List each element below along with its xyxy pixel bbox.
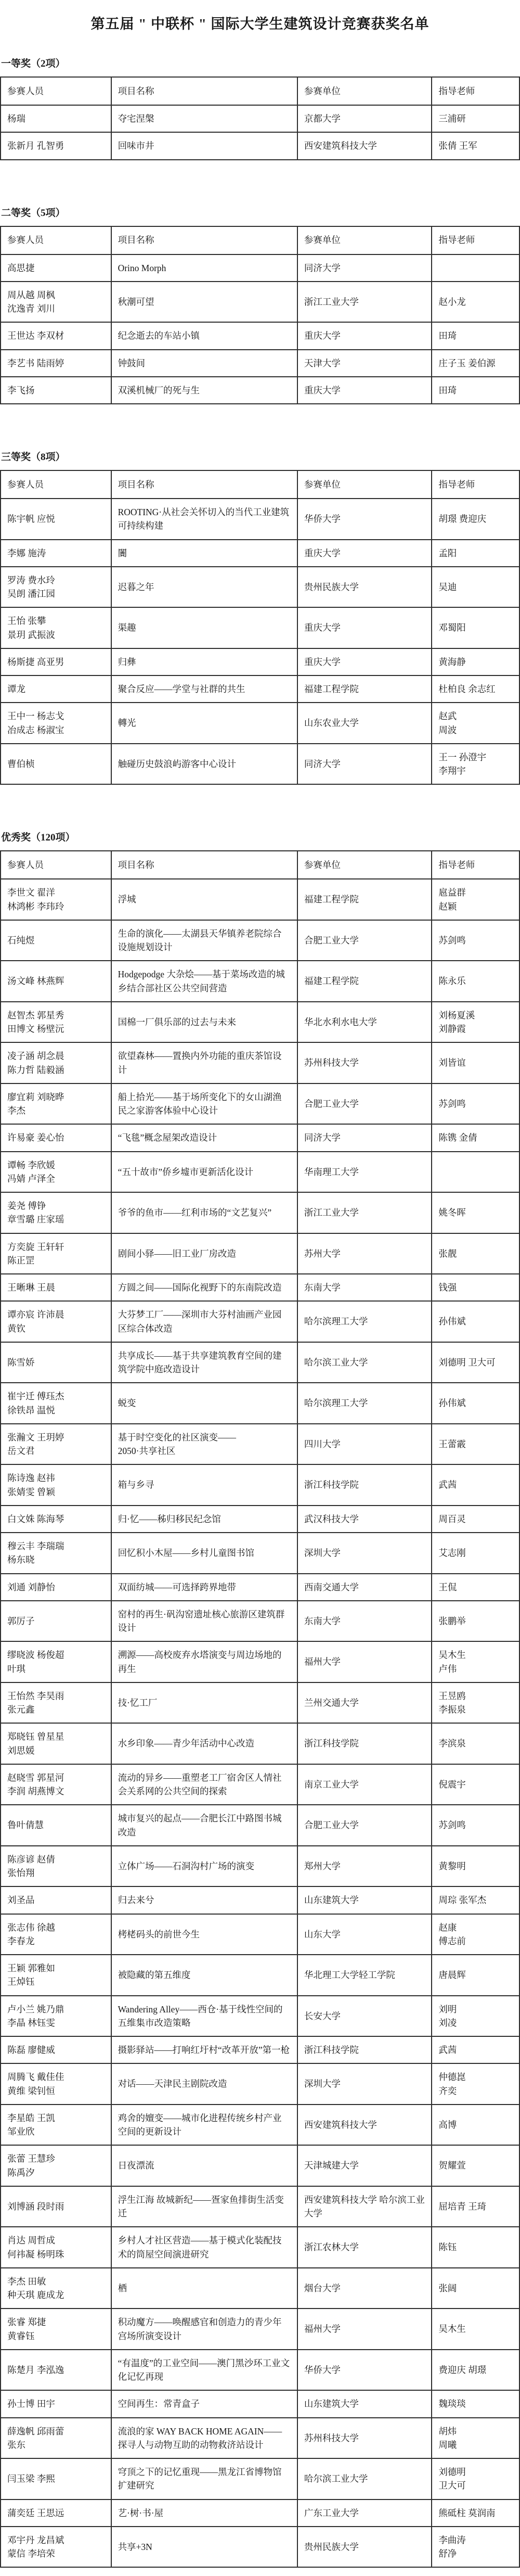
participants-cell: 陈磊 廖健威	[1, 2036, 111, 2063]
table-row: 罗涛 费水玲 吴朗 潘江园迟暮之年贵州民族大学吴迪	[1, 567, 519, 608]
advisor-cell: 熊砥柱 莫润南	[432, 2500, 519, 2527]
advisor-cell: 刘明 刘凌	[432, 1996, 519, 2037]
project-name-cell: 技·忆工厂	[111, 1682, 297, 1724]
institution-cell: 天津大学	[297, 350, 432, 377]
participants-cell: 王颖 郭雅如 王焯钰	[1, 1955, 111, 1996]
institution-cell: 重庆大学	[297, 322, 432, 349]
section-heading: 优秀奖（120项）	[1, 830, 520, 844]
advisor-cell: 武茜	[432, 2036, 519, 2063]
advisor-cell: 吴木生 卢伟	[432, 1641, 519, 1682]
advisor-cell: 屈培青 王琦	[432, 2186, 519, 2227]
institution-cell: 华北水利水电大学	[297, 1002, 432, 1043]
table-row: 孙士博 田宇空间再生：常青盒子山东建筑大学魏琰琰	[1, 2390, 519, 2417]
participants-cell: 谭畅 李欣媛 冯婧 卢泽全	[1, 1152, 111, 1193]
advisor-cell	[432, 254, 519, 282]
advisor-cell: 田琦	[432, 377, 519, 404]
institution-cell: 浙江工业大学	[297, 282, 432, 323]
table-row: 高思捷Orino Morph同济大学	[1, 254, 519, 282]
institution-cell: 福建工程学院	[297, 675, 432, 703]
project-name-cell: 艺·树·书·屋	[111, 2500, 297, 2527]
table-row: 周从越 周枫 沈逸青 刘川秋潮可望浙江工业大学赵小龙	[1, 282, 519, 323]
institution-cell: 哈尔滨工业大学	[297, 2458, 432, 2500]
table-row: 凌子涵 胡念晨 陈力哲 陆毅涵欲望森林——置换内外功能的重庆茶馆设计苏州科技大学…	[1, 1042, 519, 1083]
column-header: 参赛人员	[1, 226, 111, 254]
table-row: 缪晓波 杨俊超 叶琪溯源——高校废弃水塔演变与周边场地的再生福州大学吴木生 卢伟	[1, 1641, 519, 1682]
participants-cell: 李飞扬	[1, 377, 111, 404]
institution-cell: 福建工程学院	[297, 879, 432, 920]
participants-cell: 许易豪 姜心怡	[1, 1124, 111, 1151]
table-row: 刘通 刘静怡双面纺城——可选择跨界地带西南交通大学王侃	[1, 1574, 519, 1601]
participants-cell: 张瀚文 王玥婷 岳文君	[1, 1424, 111, 1465]
table-row: 卢小兰 姚乃鼎 李晶 林钰雯Wandering Alley——西仓·基于线性空间…	[1, 1996, 519, 2037]
table-row: 周腾飞 戴佳佳 黄维 梁钊恒对话——天津民主剧院改造深圳大学仲德崑 齐奕	[1, 2063, 519, 2105]
project-name-cell: 夺宅涅槃	[111, 105, 297, 132]
participants-cell: 陈宇帆 应悦	[1, 499, 111, 540]
project-name-cell: “飞毯”概念屋架改造设计	[111, 1124, 297, 1151]
column-header: 参赛单位	[297, 226, 432, 254]
column-header: 参赛人员	[1, 77, 111, 105]
project-name-cell: 流动的异乡——重塑老工厂宿舍区人情社会关系网的公共空间的探索	[111, 1764, 297, 1805]
project-name-cell: 流浪的家 WAY BACK HOME AGAIN——探寻人与动物互助的动物救济站…	[111, 2418, 297, 2459]
project-name-cell: 双溪机械厂的死与生	[111, 377, 297, 404]
advisor-cell: 陈永乐	[432, 961, 519, 1002]
participants-cell: 曹伯桢	[1, 744, 111, 785]
advisor-cell: 陈钰	[432, 2227, 519, 2268]
column-header: 参赛人员	[1, 470, 111, 499]
participants-cell: 李杰 田敏 种天琪 鹿成龙	[1, 2268, 111, 2309]
institution-cell: 贵州民族大学	[297, 567, 432, 608]
participants-cell: 缪晓波 杨俊超 叶琪	[1, 1641, 111, 1682]
participants-cell: 鲁叶倩慧	[1, 1805, 111, 1846]
project-name-cell: 欲望森林——置换内外功能的重庆茶馆设计	[111, 1042, 297, 1083]
institution-cell: 同济大学	[297, 1124, 432, 1151]
participants-cell: 赵智杰 郭星秀 田博文 杨壁沅	[1, 1002, 111, 1043]
project-name-cell: 基于时空变化的社区演变—— 2050·共享社区	[111, 1424, 297, 1465]
participants-cell: 陈诗逸 赵祎 张婧雯 曾颖	[1, 1464, 111, 1506]
project-name-cell: 钟鼓间	[111, 350, 297, 377]
advisor-cell: 苏剑鸣	[432, 1805, 519, 1846]
participants-cell: 薛逸帆 邱雨蕾 张东	[1, 2418, 111, 2459]
institution-cell: 浙江科技学院	[297, 1723, 432, 1764]
institution-cell: 哈尔滨工业大学	[297, 1342, 432, 1383]
participants-cell: 赵晓雪 郭星河 李润 胡燕博文	[1, 1764, 111, 1805]
advisor-cell: 唐晨辉	[432, 1955, 519, 1996]
participants-cell: 李艺书 陆雨婷	[1, 350, 111, 377]
participants-cell: 姜尧 傅铮 章雪璐 庄家瑶	[1, 1192, 111, 1233]
advisor-cell: 胡璟 费迎庆	[432, 499, 519, 540]
advisor-cell: 吴木生	[432, 2309, 519, 2350]
project-name-cell: 空间再生：常青盒子	[111, 2390, 297, 2417]
participants-cell: 刘通 刘静怡	[1, 1574, 111, 1601]
column-header: 项目名称	[111, 226, 297, 254]
project-name-cell: 船上拾光——基于场所变化下的女山湖渔民之家游客体验中心设计	[111, 1083, 297, 1125]
table-row: 陈诗逸 赵祎 张婧雯 曾颖箱与乡寻浙江科技学院武茜	[1, 1464, 519, 1506]
participants-cell: 李星皓 王凯 邹业欣	[1, 2105, 111, 2146]
table-row: 张瀚文 王玥婷 岳文君基于时空变化的社区演变—— 2050·共享社区四川大学王蕾…	[1, 1424, 519, 1465]
institution-cell: 兰州交通大学	[297, 1682, 432, 1724]
awards-table: 参赛人员项目名称参赛单位指导老师陈宇帆 应悦ROOTING·从社会关怀切入的当代…	[0, 470, 520, 785]
table-row: 陈雪娇共享成长——基于共享建筑教育空间的建筑学院中庭改造设计哈尔滨工业大学刘德明…	[1, 1342, 519, 1383]
project-name-cell: 栲栳码头的前世今生	[111, 1914, 297, 1955]
advisor-cell: 刘德明 卫大可	[432, 2458, 519, 2500]
institution-cell: 华侨大学	[297, 2350, 432, 2391]
column-header: 指导老师	[432, 470, 519, 499]
institution-cell: 南京工业大学	[297, 1764, 432, 1805]
institution-cell: 西安建筑科技大学	[297, 2105, 432, 2146]
project-name-cell: 触碰历史鼓浪屿游客中心设计	[111, 744, 297, 785]
participants-cell: 谭亦宸 许沛晨 黄钦	[1, 1301, 111, 1342]
institution-cell: 四川大学	[297, 1424, 432, 1465]
advisor-cell: 赵武 周波	[432, 703, 519, 744]
column-header: 项目名称	[111, 77, 297, 105]
table-row: 郑晓钰 曾星星 刘思媛水乡印象——青少年活动中心改造浙江科技学院李滨泉	[1, 1723, 519, 1764]
institution-cell: 山东建筑大学	[297, 1886, 432, 1914]
institution-cell: 福州大学	[297, 2309, 432, 2350]
advisor-cell: 倪震宇	[432, 1764, 519, 1805]
advisor-cell: 张鹏举	[432, 1601, 519, 1642]
participants-cell: 郭厉子	[1, 1601, 111, 1642]
table-row: 王颖 郭雅如 王焯钰被隐藏的第五维度华北理工大学轻工学院唐晨辉	[1, 1955, 519, 1996]
institution-cell: 西南交通大学	[297, 1574, 432, 1601]
participants-cell: 卢小兰 姚乃鼎 李晶 林钰雯	[1, 1996, 111, 2037]
institution-cell: 哈尔滨理工大学	[297, 1301, 432, 1342]
award-document: 第五届 " 中联杯 " 国际大学生建筑设计竞赛获奖名单 一等奖（2项）参赛人员项…	[0, 0, 520, 2576]
institution-cell: 烟台大学	[297, 2268, 432, 2309]
institution-cell: 山东农业大学	[297, 703, 432, 744]
table-row: 陈磊 廖健威摄影驿站——打响红圩村“改革开放”第一枪浙江科技学院武茜	[1, 2036, 519, 2063]
participants-cell: 王晰琳 王晨	[1, 1274, 111, 1301]
project-name-cell: 国棉一厂俱乐部的过去与未来	[111, 1002, 297, 1043]
table-row: 石纯煜生命的演化——太湖县天华镇养老院综合设施规划设计合肥工业大学苏剑鸣	[1, 920, 519, 961]
table-row: 穆云丰 李瑞瑞 杨东晓回忆积小木屋——乡村儿童图书馆深圳大学艾志刚	[1, 1533, 519, 1574]
table-row: 王怡 张攀 景玥 武振波渠趣重庆大学邓蜀阳	[1, 607, 519, 648]
table-row: 王中一 杨志戈 冶成志 杨淑宝轉光山东农业大学赵武 周波	[1, 703, 519, 744]
participants-cell: 石纯煜	[1, 920, 111, 961]
participants-cell: 谭龙	[1, 675, 111, 703]
participants-cell: 崔宇迁 傅珏杰 徐铁昂 温悦	[1, 1383, 111, 1424]
project-name-cell: 蜕变	[111, 1383, 297, 1424]
institution-cell: 郑州大学	[297, 1846, 432, 1887]
advisor-cell: 费迎庆 胡璟	[432, 2350, 519, 2391]
institution-cell: 哈尔滨理工大学	[297, 1383, 432, 1424]
table-row: 赵晓雪 郭星河 李润 胡燕博文流动的异乡——重塑老工厂宿舍区人情社会关系网的公共…	[1, 1764, 519, 1805]
institution-cell: 苏州大学	[297, 1233, 432, 1274]
participants-cell: 廖宜莉 刘晓晔 李杰	[1, 1083, 111, 1125]
institution-cell: 苏州科技大学	[297, 2418, 432, 2459]
advisor-cell: 邓蜀阳	[432, 607, 519, 648]
column-header: 指导老师	[432, 851, 519, 879]
participants-cell: 李世文 翟洋 林鸿彬 李玮玲	[1, 879, 111, 920]
institution-cell: 武汉科技大学	[297, 1506, 432, 1533]
participants-cell: 白文姝 陈海琴	[1, 1506, 111, 1533]
advisor-cell: 苏剑鸣	[432, 920, 519, 961]
institution-cell: 浙江工业大学	[297, 1192, 432, 1233]
project-name-cell: 被隐藏的第五维度	[111, 1955, 297, 1996]
participants-cell: 刘博涵 段时雨	[1, 2186, 111, 2227]
table-row: 李娜 施涛闠重庆大学孟阳	[1, 540, 519, 567]
participants-cell: 王世达 李双材	[1, 322, 111, 349]
institution-cell: 东南大学	[297, 1601, 432, 1642]
participants-cell: 肖达 周哲成 何祎凝 杨明珠	[1, 2227, 111, 2268]
project-name-cell: 爷爷的鱼市——红利市场的“文艺复兴”	[111, 1192, 297, 1233]
table-row: 曹伯桢触碰历史鼓浪屿游客中心设计同济大学王一 孙澄宇 李翔宇	[1, 744, 519, 785]
participants-cell: 王怡 张攀 景玥 武振波	[1, 607, 111, 648]
advisor-cell: 苏剑鸣	[432, 1083, 519, 1125]
participants-cell: 张志伟 徐越 李春龙	[1, 1914, 111, 1955]
advisor-cell: 王侃	[432, 1574, 519, 1601]
project-name-cell: 纪念逝去的车站小镇	[111, 322, 297, 349]
header-row: 参赛人员项目名称参赛单位指导老师	[1, 226, 519, 254]
advisor-cell: 周琮 张军杰	[432, 1886, 519, 1914]
column-header: 参赛人员	[1, 851, 111, 879]
table-row: 许易豪 姜心怡“飞毯”概念屋架改造设计同济大学陈镌 金倩	[1, 1124, 519, 1151]
institution-cell: 山东建筑大学	[297, 2390, 432, 2417]
institution-cell: 浙江科技学院	[297, 2036, 432, 2063]
project-name-cell: 方圆之间——国际化视野下的东南院改造	[111, 1274, 297, 1301]
advisor-cell: 刘杨夏溪 刘静霞	[432, 1002, 519, 1043]
project-name-cell: 回忆积小木屋——乡村儿童图书馆	[111, 1533, 297, 1574]
participants-cell: 孙士博 田宇	[1, 2390, 111, 2417]
participants-cell: 邓宇丹 龙昌斌 蒙信 李培荣	[1, 2527, 111, 2568]
institution-cell: 重庆大学	[297, 377, 432, 404]
advisor-cell: 吴迪	[432, 567, 519, 608]
advisor-cell: 孙伟斌	[432, 1383, 519, 1424]
participants-cell: 王怡然 李昊雨 张元鑫	[1, 1682, 111, 1724]
institution-cell: 合肥工业大学	[297, 920, 432, 961]
participants-cell: 陈彦谚 赵倩 张怡翔	[1, 1846, 111, 1887]
project-name-cell: 归彝	[111, 648, 297, 675]
project-name-cell: ROOTING·从社会关怀切入的当代工业建筑可持续构建	[111, 499, 297, 540]
column-header: 项目名称	[111, 851, 297, 879]
project-name-cell: 水乡印象——青少年活动中心改造	[111, 1723, 297, 1764]
institution-cell: 福建工程学院	[297, 961, 432, 1002]
table-row: 谭龙聚合反应——学堂与社群的共生福建工程学院杜柏良 余志红	[1, 675, 519, 703]
advisor-cell: 贺耀萱	[432, 2145, 519, 2186]
institution-cell: 华北理工大学轻工学院	[297, 1955, 432, 1996]
participants-cell: 陈楚月 李泓逸	[1, 2350, 111, 2391]
advisor-cell	[432, 1152, 519, 1193]
project-name-cell: 双面纺城——可选择跨界地带	[111, 1574, 297, 1601]
advisor-cell: 姚冬晖	[432, 1192, 519, 1233]
column-header: 参赛单位	[297, 77, 432, 105]
header-row: 参赛人员项目名称参赛单位指导老师	[1, 470, 519, 499]
table-row: 李飞扬双溪机械厂的死与生重庆大学田琦	[1, 377, 519, 404]
project-name-cell: 大芬梦工厂——深圳市大芬村油画产业园区综合体改造	[111, 1301, 297, 1342]
project-name-cell: 立体广场——石洞沟村广场的演变	[111, 1846, 297, 1887]
project-name-cell: 栖	[111, 2268, 297, 2309]
project-name-cell: 箱与乡寻	[111, 1464, 297, 1506]
participants-cell: 方奕旋 王轩轩 陈正罡	[1, 1233, 111, 1274]
table-row: 李世文 翟洋 林鸿彬 李玮玲浮城福建工程学院扈益群 赵颖	[1, 879, 519, 920]
advisor-cell: 陈镌 金倩	[432, 1124, 519, 1151]
table-row: 崔宇迁 傅珏杰 徐铁昂 温悦蜕变哈尔滨理工大学孙伟斌	[1, 1383, 519, 1424]
advisor-cell: 黄海静	[432, 648, 519, 675]
advisor-cell: 赵康 傅志前	[432, 1914, 519, 1955]
header-row: 参赛人员项目名称参赛单位指导老师	[1, 77, 519, 105]
table-row: 王怡然 李昊雨 张元鑫技·忆工厂兰州交通大学王昱鸥 李振泉	[1, 1682, 519, 1724]
institution-cell: 深圳大学	[297, 2063, 432, 2105]
institution-cell: 长安大学	[297, 1996, 432, 2037]
project-name-cell: 浮城	[111, 879, 297, 920]
project-name-cell: 摄影驿站——打响红圩村“改革开放”第一枪	[111, 2036, 297, 2063]
institution-cell: 浙江农林大学	[297, 2227, 432, 2268]
table-row: 李杰 田敏 种天琪 鹿成龙栖烟台大学张阔	[1, 2268, 519, 2309]
table-row: 张志伟 徐越 李春龙栲栳码头的前世今生山东大学赵康 傅志前	[1, 1914, 519, 1955]
advisor-cell: 武茜	[432, 1464, 519, 1506]
advisor-cell: 魏琰琰	[432, 2390, 519, 2417]
institution-cell: 天津城建大学	[297, 2145, 432, 2186]
institution-cell: 福州大学	[297, 1641, 432, 1682]
advisor-cell: 三浦研	[432, 105, 519, 132]
institution-cell: 同济大学	[297, 254, 432, 282]
institution-cell: 西安建筑科技大学	[297, 132, 432, 159]
participants-cell: 罗涛 费水玲 吴朗 潘江园	[1, 567, 111, 608]
institution-cell: 华侨大学	[297, 499, 432, 540]
institution-cell: 华南理工大学	[297, 1152, 432, 1193]
project-name-cell: Orino Morph	[111, 254, 297, 282]
participants-cell: 闫玉梁 李熙	[1, 2458, 111, 2500]
participants-cell: 李娜 施涛	[1, 540, 111, 567]
institution-cell: 贵州民族大学	[297, 2527, 432, 2568]
table-row: 陈楚月 李泓逸“有温度”的工业空间——澳门黑沙环工业文化记忆再现华侨大学费迎庆 …	[1, 2350, 519, 2391]
table-row: 谭畅 李欣媛 冯婧 卢泽全“五十故市”侨乡墟市更新活化设计华南理工大学	[1, 1152, 519, 1193]
institution-cell: 合肥工业大学	[297, 1805, 432, 1846]
project-name-cell: 浮生江海 故城新纪——疍家鱼排街生活变迁	[111, 2186, 297, 2227]
advisor-cell: 张靓	[432, 1233, 519, 1274]
table-row: 李星皓 王凯 邹业欣鸡舍的嬗变——城市化进程传统乡村产业空间的更新设计西安建筑科…	[1, 2105, 519, 2146]
header-row: 参赛人员项目名称参赛单位指导老师	[1, 851, 519, 879]
advisor-cell: 黄黎明	[432, 1846, 519, 1887]
section-heading: 三等奖（8项）	[1, 449, 520, 463]
table-row: 李艺书 陆雨婷钟鼓间天津大学庄子玉 姜伯源	[1, 350, 519, 377]
project-name-cell: 对话——天津民主剧院改造	[111, 2063, 297, 2105]
table-row: 谭亦宸 许沛晨 黄钦大芬梦工厂——深圳市大芬村油画产业园区综合体改造哈尔滨理工大…	[1, 1301, 519, 1342]
project-name-cell: 鸡舍的嬗变——城市化进程传统乡村产业空间的更新设计	[111, 2105, 297, 2146]
advisor-cell: 高博	[432, 2105, 519, 2146]
participants-cell: 蒲奕廷 王思远	[1, 2500, 111, 2527]
project-name-cell: Hodgepodge 大杂烩——基于菜场改造的城乡结合部社区公共空间营造	[111, 961, 297, 1002]
advisor-cell: 赵小龙	[432, 282, 519, 323]
advisor-cell: 孟阳	[432, 540, 519, 567]
institution-cell: 西安建筑科技大学 哈尔滨工业大学	[297, 2186, 432, 2227]
institution-cell: 京都大学	[297, 105, 432, 132]
column-header: 指导老师	[432, 77, 519, 105]
table-row: 张新月 孔智勇回味市井西安建筑科技大学张倩 王军	[1, 132, 519, 159]
project-name-cell: 窑村的再生·矾沟窑遗址核心旅游区建筑群设计	[111, 1601, 297, 1642]
project-name-cell: 归去来兮	[111, 1886, 297, 1914]
award-sections-container: 一等奖（2项）参赛人员项目名称参赛单位指导老师杨瑞夺宅涅槃京都大学三浦研张新月 …	[0, 56, 520, 2568]
project-name-cell: Wandering Alley——西仓·基于线性空间的五维集市改造策略	[111, 1996, 297, 2037]
table-row: 王世达 李双材纪念逝去的车站小镇重庆大学田琦	[1, 322, 519, 349]
table-row: 汤文峰 林燕辉Hodgepodge 大杂烩——基于菜场改造的城乡结合部社区公共空…	[1, 961, 519, 1002]
advisor-cell: 王蕾霰	[432, 1424, 519, 1465]
advisor-cell: 周百灵	[432, 1506, 519, 1533]
advisor-cell: 艾志刚	[432, 1533, 519, 1574]
table-row: 邓宇丹 龙昌斌 蒙信 李培荣共享+3N贵州民族大学李曲涛 舒净	[1, 2527, 519, 2568]
project-name-cell: 生命的演化——太湖县天华镇养老院综合设施规划设计	[111, 920, 297, 961]
column-header: 项目名称	[111, 470, 297, 499]
participants-cell: 王中一 杨志戈 冶成志 杨淑宝	[1, 703, 111, 744]
institution-cell: 重庆大学	[297, 607, 432, 648]
participants-cell: 周腾飞 戴佳佳 黄维 梁钊恒	[1, 2063, 111, 2105]
participants-cell: 郑晓钰 曾星星 刘思媛	[1, 1723, 111, 1764]
advisor-cell: 李曲涛 舒净	[432, 2527, 519, 2568]
project-name-cell: 积动魔方——唤醒感官和创造力的青少年宫场所演变设计	[111, 2309, 297, 2350]
participants-cell: 高思捷	[1, 254, 111, 282]
table-row: 陈彦谚 赵倩 张怡翔立体广场——石洞沟村广场的演变郑州大学黄黎明	[1, 1846, 519, 1887]
participants-cell: 刘圣品	[1, 1886, 111, 1914]
project-name-cell: 归·忆——秭归移民纪念馆	[111, 1506, 297, 1533]
table-row: 蒲奕廷 王思远艺·树·书·屋广东工业大学熊砥柱 莫润南	[1, 2500, 519, 2527]
section-heading: 二等奖（5项）	[1, 205, 520, 219]
advisor-cell: 钱强	[432, 1274, 519, 1301]
advisor-cell: 刘皆谊	[432, 1042, 519, 1083]
project-name-cell: 闠	[111, 540, 297, 567]
table-row: 刘圣品归去来兮山东建筑大学周琮 张军杰	[1, 1886, 519, 1914]
table-row: 杨斯捷 高亚男归彝重庆大学黄海静	[1, 648, 519, 675]
advisor-cell: 胡炜 周曦	[432, 2418, 519, 2459]
participants-cell: 张新月 孔智勇	[1, 132, 111, 159]
advisor-cell: 王一 孙澄宇 李翔宇	[432, 744, 519, 785]
project-name-cell: 乡村人才社区营造——基于模式化装配技术的筒屋空间演进研究	[111, 2227, 297, 2268]
project-name-cell: 渠趣	[111, 607, 297, 648]
participants-cell: 汤文峰 林燕辉	[1, 961, 111, 1002]
project-name-cell: 轉光	[111, 703, 297, 744]
institution-cell: 东南大学	[297, 1274, 432, 1301]
project-name-cell: 穹顶之下的记忆重现——黑龙江省博物馆扩建研究	[111, 2458, 297, 2500]
table-row: 方奕旋 王轩轩 陈正罡剧间小驿——旧工业厂房改造苏州大学张靓	[1, 1233, 519, 1274]
participants-cell: 杨瑞	[1, 105, 111, 132]
institution-cell: 浙江科技学院	[297, 1464, 432, 1506]
participants-cell: 张睿 郑捷 黄睿钰	[1, 2309, 111, 2350]
column-header: 参赛单位	[297, 470, 432, 499]
project-name-cell: 剧间小驿——旧工业厂房改造	[111, 1233, 297, 1274]
table-row: 闫玉梁 李熙穹顶之下的记忆重现——黑龙江省博物馆扩建研究哈尔滨工业大学刘德明 卫…	[1, 2458, 519, 2500]
advisor-cell: 张阔	[432, 2268, 519, 2309]
participants-cell: 周从越 周枫 沈逸青 刘川	[1, 282, 111, 323]
column-header: 参赛单位	[297, 851, 432, 879]
table-row: 张睿 郑捷 黄睿钰积动魔方——唤醒感官和创造力的青少年宫场所演变设计福州大学吴木…	[1, 2309, 519, 2350]
table-row: 杨瑞夺宅涅槃京都大学三浦研	[1, 105, 519, 132]
project-name-cell: “五十故市”侨乡墟市更新活化设计	[111, 1152, 297, 1193]
project-name-cell: 日夜漂流	[111, 2145, 297, 2186]
project-name-cell: “有温度”的工业空间——澳门黑沙环工业文化记忆再现	[111, 2350, 297, 2391]
table-row: 王晰琳 王晨方圆之间——国际化视野下的东南院改造东南大学钱强	[1, 1274, 519, 1301]
advisor-cell: 李滨泉	[432, 1723, 519, 1764]
table-row: 赵智杰 郭星秀 田博文 杨壁沅国棉一厂俱乐部的过去与未来华北水利水电大学刘杨夏溪…	[1, 1002, 519, 1043]
advisor-cell: 田琦	[432, 322, 519, 349]
advisor-cell: 刘德明 卫大可	[432, 1342, 519, 1383]
institution-cell: 合肥工业大学	[297, 1083, 432, 1125]
table-row: 郭厉子窑村的再生·矾沟窑遗址核心旅游区建筑群设计东南大学张鹏举	[1, 1601, 519, 1642]
project-name-cell: 城市复兴的起点——合肥长江中路图书城改造	[111, 1805, 297, 1846]
advisor-cell: 杜柏良 余志红	[432, 675, 519, 703]
column-header: 指导老师	[432, 226, 519, 254]
advisor-cell: 庄子玉 姜伯源	[432, 350, 519, 377]
table-row: 陈宇帆 应悦ROOTING·从社会关怀切入的当代工业建筑可持续构建华侨大学胡璟 …	[1, 499, 519, 540]
table-row: 鲁叶倩慧城市复兴的起点——合肥长江中路图书城改造合肥工业大学苏剑鸣	[1, 1805, 519, 1846]
participants-cell: 杨斯捷 高亚男	[1, 648, 111, 675]
table-row: 姜尧 傅铮 章雪璐 庄家瑶爷爷的鱼市——红利市场的“文艺复兴”浙江工业大学姚冬晖	[1, 1192, 519, 1233]
project-name-cell: 迟暮之年	[111, 567, 297, 608]
project-name-cell: 共享成长——基于共享建筑教育空间的建筑学院中庭改造设计	[111, 1342, 297, 1383]
advisor-cell: 张倩 王军	[432, 132, 519, 159]
advisor-cell: 孙伟斌	[432, 1301, 519, 1342]
institution-cell: 重庆大学	[297, 540, 432, 567]
advisor-cell: 仲德崑 齐奕	[432, 2063, 519, 2105]
participants-cell: 穆云丰 李瑞瑞 杨东晓	[1, 1533, 111, 1574]
participants-cell: 张蕾 王慧珍 陈禹汐	[1, 2145, 111, 2186]
